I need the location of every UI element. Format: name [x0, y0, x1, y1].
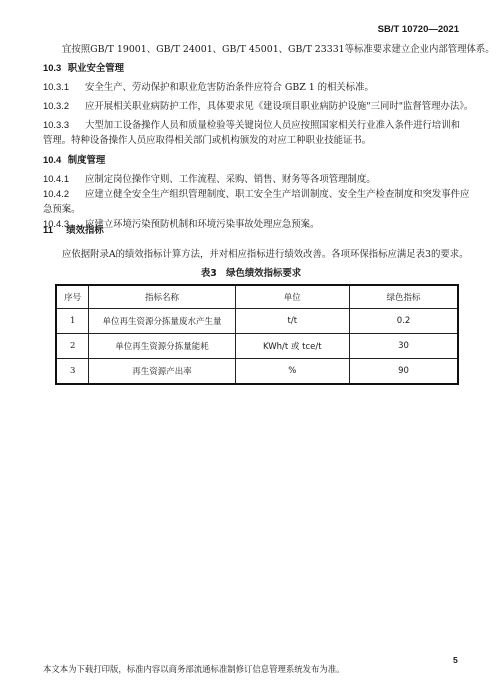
table-row: 3 再生资源产出率 % 90: [56, 359, 458, 385]
section-10-4-heading: 10.4 制度管理: [43, 152, 105, 166]
header-seq: 序号: [56, 285, 89, 309]
cell-indicator-name: 再生资源产出率: [89, 359, 235, 385]
table-row: 2 单位再生资源分拣量能耗 KWh/t 或 tce/t 30: [56, 334, 458, 359]
cell-seq: 1: [56, 309, 89, 334]
clause-10-4-2: 10.4.2应建立健全安全生产组织管理制度、职工安全生产培训制度、安全生产检查制…: [43, 186, 469, 200]
cell-indicator-name: 单位再生资源分拣量废水产生量: [89, 309, 235, 334]
clause-10-4-1: 10.4.1应制定岗位操作守则、工作流程、采购、销售、财务等各项管理制度。: [43, 171, 376, 185]
cell-green-value: 90: [350, 359, 458, 385]
cell-indicator-name: 单位再生资源分拣量能耗: [89, 334, 235, 359]
header-green-value: 绿色指标: [350, 285, 458, 309]
cell-unit: %: [235, 359, 349, 385]
table-caption: 表3 绿色绩效指标要求: [0, 265, 502, 279]
cell-seq: 2: [56, 334, 89, 359]
cell-unit: t/t: [235, 309, 349, 334]
section-10-3-heading: 10.3 职业安全管理: [43, 60, 124, 74]
clause-10-3-2: 10.3.2应开展相关职业病防护工作，具体要求见《建设项目职业病防护设施"三同时…: [43, 98, 473, 112]
clause-10-3-3-cont: 管理。特种设备操作人员应取得相关部门或机构颁发的对应工种职业技能证书。: [43, 132, 371, 146]
intro-paragraph: 宜按照GB/T 19001、GB/T 24001、GB/T 45001、GB/T…: [62, 41, 495, 55]
clause-10-4-2-cont: 急预案。: [43, 201, 81, 215]
header-unit: 单位: [235, 285, 349, 309]
clause-10-3-3: 10.3.3大型加工设备操作人员和质量检验等关键岗位人员应按照国家相关行业准入条…: [43, 117, 460, 131]
table-row: 1 单位再生资源分拣量废水产生量 t/t 0.2: [56, 309, 458, 334]
green-performance-table: 序号 指标名称 单位 绿色指标 1 单位再生资源分拣量废水产生量 t/t 0.2…: [55, 284, 459, 385]
table-header-row: 序号 指标名称 单位 绿色指标: [56, 285, 458, 309]
cell-green-value: 30: [350, 334, 458, 359]
cell-seq: 3: [56, 359, 89, 385]
clause-10-3-1: 10.3.1安全生产、劳动保护和职业危害防治条件应符合 GBZ 1 的相关标准。: [43, 79, 374, 93]
footer-note: 本文本为下载打印版，标准内容以商务部流通标准制修订信息管理系统发布为准。: [43, 663, 345, 675]
page-number: 5: [453, 655, 458, 665]
cell-unit: KWh/t 或 tce/t: [235, 334, 349, 359]
section-11-heading: 11 绩效指标: [43, 222, 104, 236]
standard-number-header: SB/T 10720—2021: [378, 24, 459, 35]
cell-green-value: 0.2: [350, 309, 458, 334]
header-indicator-name: 指标名称: [89, 285, 235, 309]
section-11-body: 应依据附录A的绩效指标计算方法，并对相应指标进行绩效改善。各项环保指标应满足表3…: [62, 246, 469, 260]
